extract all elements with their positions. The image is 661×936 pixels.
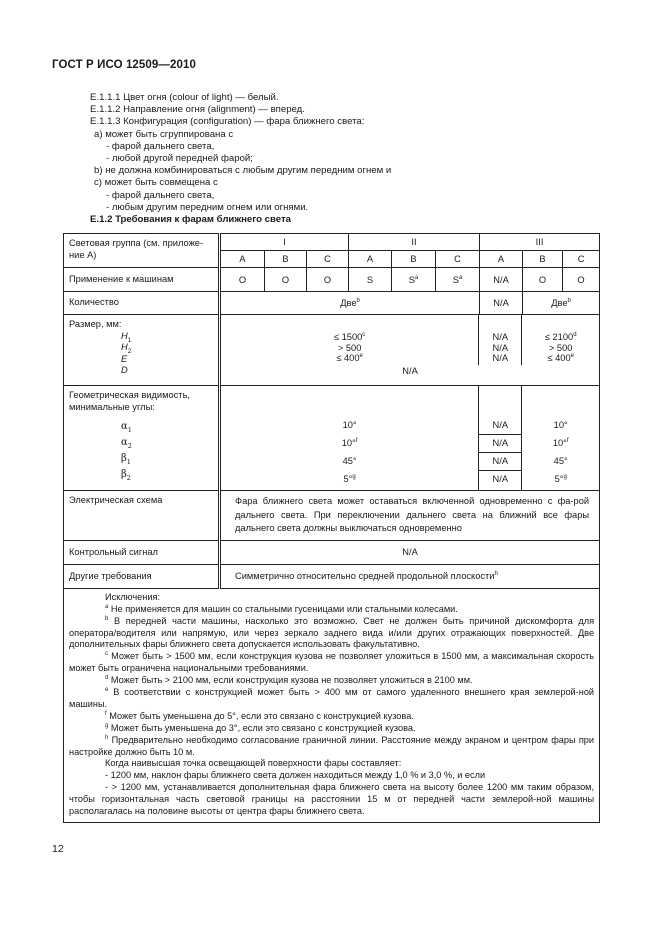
other-requirements-value: Симметрично относительно средней продоль… (220, 564, 600, 588)
size-symbol: H2 (69, 342, 214, 354)
footnote-g: g Может быть уменьшена до 3°, если это с… (69, 723, 594, 735)
geometry-group-1-2: 10°f (221, 434, 479, 452)
subgroup-3-a: A (480, 251, 523, 268)
size-label: Размер, мм: H1H2ED (64, 315, 220, 386)
application-value: O (220, 268, 265, 292)
footnote-e: e В соответствии с конструкцией может бы… (69, 687, 594, 711)
angle-symbol: α2 (69, 435, 214, 451)
telltale-value: N/A (220, 540, 600, 564)
electrical-label: Электрическая схема (64, 491, 220, 541)
quantity-group-1-2: Двеb (220, 292, 480, 315)
size-group-1-2: ≤ 1500c> 500≤ 400e (221, 315, 479, 365)
quantity-label: Количество (64, 292, 220, 315)
size-group-3a: N/AN/AN/A (479, 315, 522, 365)
clause-item-a2: - любой другой передней фарой; (90, 153, 391, 165)
geometry-group-1-2: 45° (221, 452, 479, 470)
clause-item-c1: - фарой дальнего света, (90, 190, 391, 202)
requirements-table: Световая группа (см. приложе-ние А) I II… (63, 233, 600, 823)
geometry-group-1-2: 10° (221, 416, 479, 434)
other-requirements-label: Другие требования (64, 564, 220, 588)
application-label: Применение к машинам (64, 268, 220, 292)
group-III: III (480, 234, 600, 251)
footnote-h: h Предварительно необходимо согласование… (69, 735, 594, 759)
footnote-f: f Может быть уменьшена до 5°, если это с… (69, 711, 594, 723)
geometry-group-3a: N/A (479, 452, 522, 470)
size-symbol: E (69, 354, 214, 366)
size-values: ≤ 1500c> 500≤ 400e N/AN/AN/A ≤ 2100d> 50… (220, 315, 600, 386)
angle-symbol: β2 (69, 467, 214, 483)
geometry-values: 10°N/A10°10°fN/A10°f45°N/A45°5°gN/A5°g (220, 386, 600, 491)
geometry-group-3bc: 45° (522, 452, 599, 470)
intro-section: E.1.1.1 Цвет огня (colour of light) — бе… (90, 92, 391, 226)
subgroup-2-b: B (392, 251, 436, 268)
clause-item-c2: - любым другим передним огнем или огнями… (90, 202, 391, 214)
clause-item-c: c) может быть совмещена с (90, 177, 391, 189)
angle-symbol: α1 (69, 419, 214, 435)
quantity-group-3bc: Двеb (523, 292, 600, 315)
subgroup-3-b: B (523, 251, 563, 268)
geometry-group-1-2: 5°g (221, 470, 479, 488)
footnote-closing-line: - 1200 мм, наклон фары ближнего света до… (69, 770, 594, 782)
geometry-group-3bc: 10° (522, 416, 599, 434)
geometry-group-3bc: 5°g (522, 470, 599, 488)
footnote-c: c Может быть > 1500 мм, если конструкция… (69, 651, 594, 675)
application-value: O (307, 268, 349, 292)
size-group-3bc: ≤ 2100d> 500≤ 400e (522, 315, 599, 365)
electrical-text: Фара ближнего света может оставаться вкл… (220, 491, 600, 541)
footnote-d: d Может быть > 2100 мм, если конструкция… (69, 675, 594, 687)
application-value: N/A (480, 268, 523, 292)
geometry-group-3a: N/A (479, 434, 522, 452)
geometry-label: Геометрическая видимость, минимальные уг… (64, 386, 220, 491)
subgroup-2-c: C (436, 251, 480, 268)
size-symbol: D (69, 365, 214, 377)
footnote-a: a Не применяется для машин со стальными … (69, 604, 594, 616)
application-value: O (265, 268, 307, 292)
geometry-group-3a: N/A (479, 416, 522, 434)
footnotes-title: Исключения: (69, 592, 594, 604)
size-d-value: N/A (221, 365, 599, 385)
clause-colour: E.1.1.1 Цвет огня (colour of light) — бе… (90, 92, 391, 104)
quantity-group-3a: N/A (480, 292, 523, 315)
clause-configuration: E.1.1.3 Конфигурация (configuration) — ф… (90, 116, 391, 128)
application-value: S (349, 268, 392, 292)
application-value: Sa (436, 268, 480, 292)
geometry-group-3bc: 10°f (522, 434, 599, 452)
application-value: O (523, 268, 563, 292)
subgroup-1-c: C (307, 251, 349, 268)
footnote-b: b В передней части машины, насколько это… (69, 616, 594, 652)
page-number: 12 (52, 843, 64, 855)
table-footnotes: Исключения: a Не применяется для машин с… (64, 588, 600, 822)
subgroup-1-b: B (265, 251, 307, 268)
geometry-group-3a: N/A (479, 470, 522, 488)
subgroup-3-c: C (563, 251, 600, 268)
angle-symbol: β1 (69, 451, 214, 467)
group-I: I (220, 234, 349, 251)
telltale-label: Контрольный сигнал (64, 540, 220, 564)
group-II: II (349, 234, 480, 251)
clause-item-a: a) может быть сгруппирована с (90, 129, 391, 141)
section-subheading: E.1.2 Требования к фарам ближнего света (90, 214, 391, 226)
application-value: O (563, 268, 600, 292)
subgroup-2-a: A (349, 251, 392, 268)
group-label: Световая группа (см. приложе-ние А) (64, 234, 220, 268)
application-value: Sa (392, 268, 436, 292)
clause-item-a1: - фарой дальнего света, (90, 141, 391, 153)
subgroup-1-a: A (220, 251, 265, 268)
footnote-closing-line: Когда наивысшая точка освещающей поверхн… (69, 758, 594, 770)
clause-item-b: b) не должна комбинироваться с любым дру… (90, 165, 391, 177)
document-header: ГОСТ Р ИСО 12509—2010 (52, 59, 196, 71)
clause-alignment: E.1.1.2 Направление огня (alignment) — в… (90, 104, 391, 116)
size-symbol: H1 (69, 331, 214, 343)
footnote-closing-line: - > 1200 мм, устанавливается дополнитель… (69, 782, 594, 818)
